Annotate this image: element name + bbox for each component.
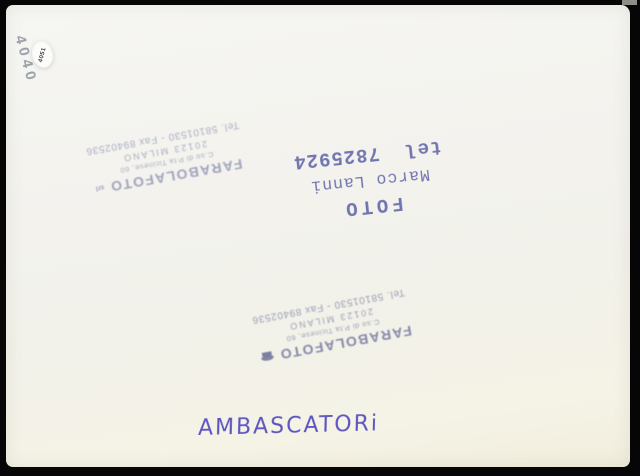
scan-frame: 4040 4051 FARABOLAFOTO srl C.so di P.ta … (0, 0, 640, 476)
photographer-stamp-title: FOTO (341, 192, 405, 220)
photographer-name: Marco Lanni (309, 165, 430, 196)
agency-suffix: srl (95, 184, 105, 192)
handwritten-caption: AMBASCATORi (198, 410, 429, 441)
photo-back-paper: 4040 4051 FARABOLAFOTO srl C.so di P.ta … (6, 5, 630, 467)
scanner-corner-chip (622, 0, 637, 5)
agency-stamp-bottom: FARABOLAFOTO ☎ C.so di P.ta Ticinese, 60… (225, 262, 439, 392)
phone-icon: ☎ (258, 348, 275, 363)
agency-stamp-top: FARABOLAFOTO srl C.so di P.ta Ticinese, … (59, 92, 273, 225)
photographer-stamp: FOTO Marco Lanni tel 7825924 (280, 124, 461, 235)
archive-sticker-number: 4051 (38, 46, 48, 62)
